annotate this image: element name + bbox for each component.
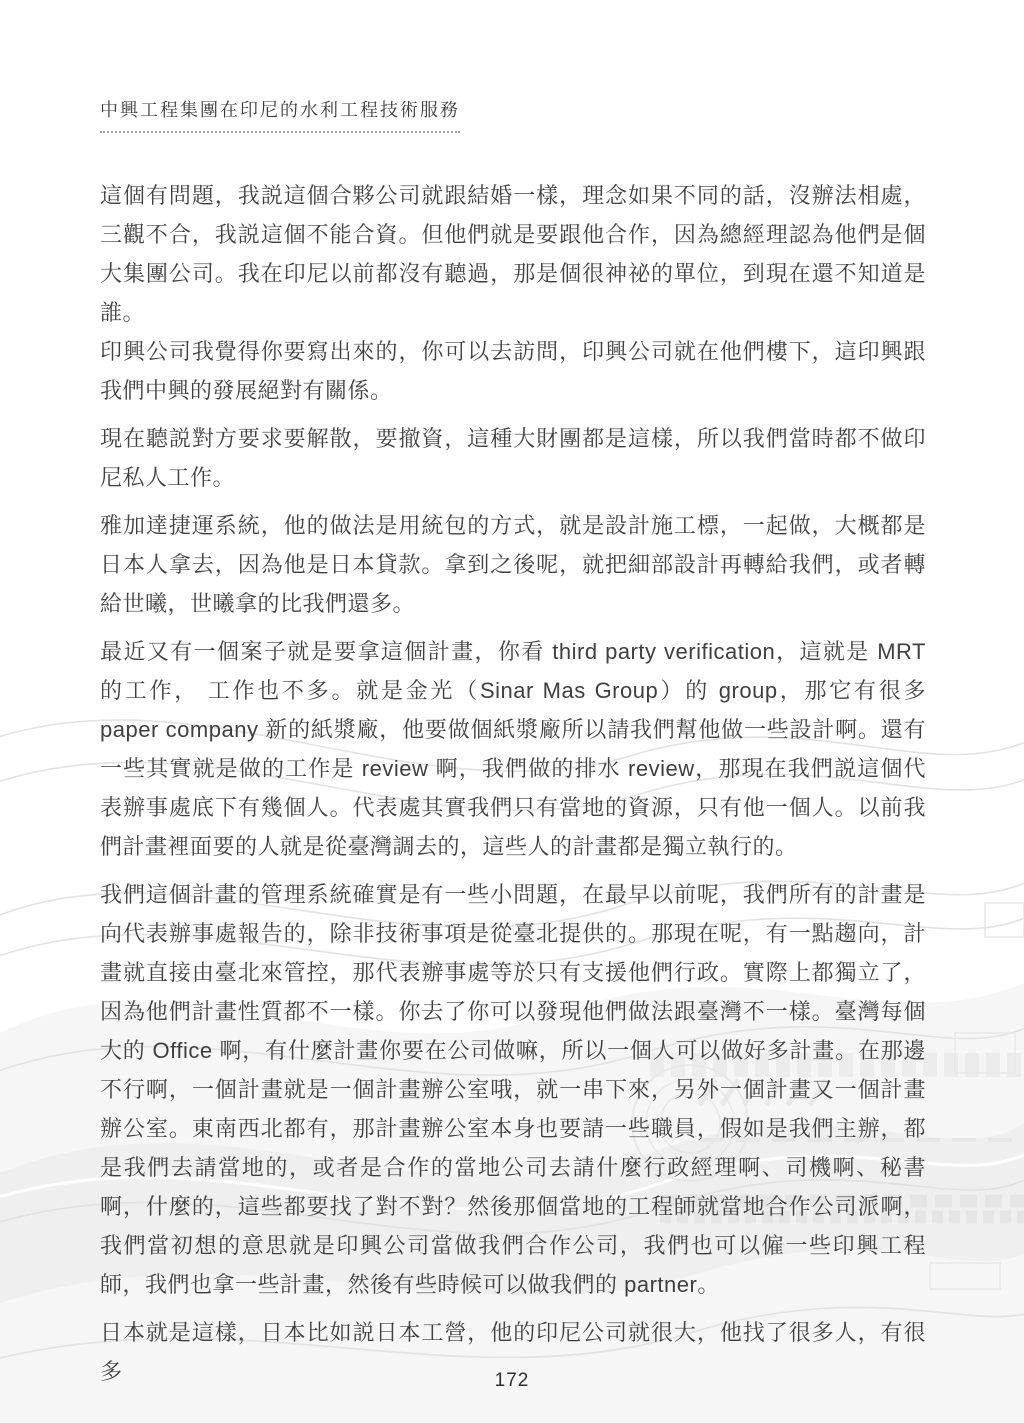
body-text: 這個有問題，我説這個合夥公司就跟結婚一樣，理念如果不同的話，沒辦法相處，三觀不合… <box>100 176 926 1400</box>
body-paragraph: 最近又有一個案子就是要拿這個計畫，你看 third party verifica… <box>100 632 926 866</box>
page-number: 172 <box>0 1370 1024 1392</box>
document-page: 中興工程集團在印尼的水利工程技術服務 這個有問題，我説這個合夥公司就跟結婚一樣，… <box>0 0 1024 1423</box>
chapter-title: 中興工程集團在印尼的水利工程技術服務 <box>100 96 460 133</box>
body-paragraph: 我們這個計畫的管理系統確實是有一些小問題，在最早以前呢，我們所有的計畫是向代表辦… <box>100 875 926 1304</box>
running-header: 中興工程集團在印尼的水利工程技術服務 <box>100 96 460 133</box>
body-paragraph: 這個有問題，我説這個合夥公司就跟結婚一樣，理念如果不同的話，沒辦法相處，三觀不合… <box>100 176 926 410</box>
body-paragraph: 現在聽説對方要求要解散，要撤資，這種大財團都是這樣，所以我們當時都不做印尼私人工… <box>100 419 926 497</box>
body-paragraph: 雅加達捷運系統，他的做法是用統包的方式，就是設計施工標，一起做，大概都是日本人拿… <box>100 506 926 623</box>
